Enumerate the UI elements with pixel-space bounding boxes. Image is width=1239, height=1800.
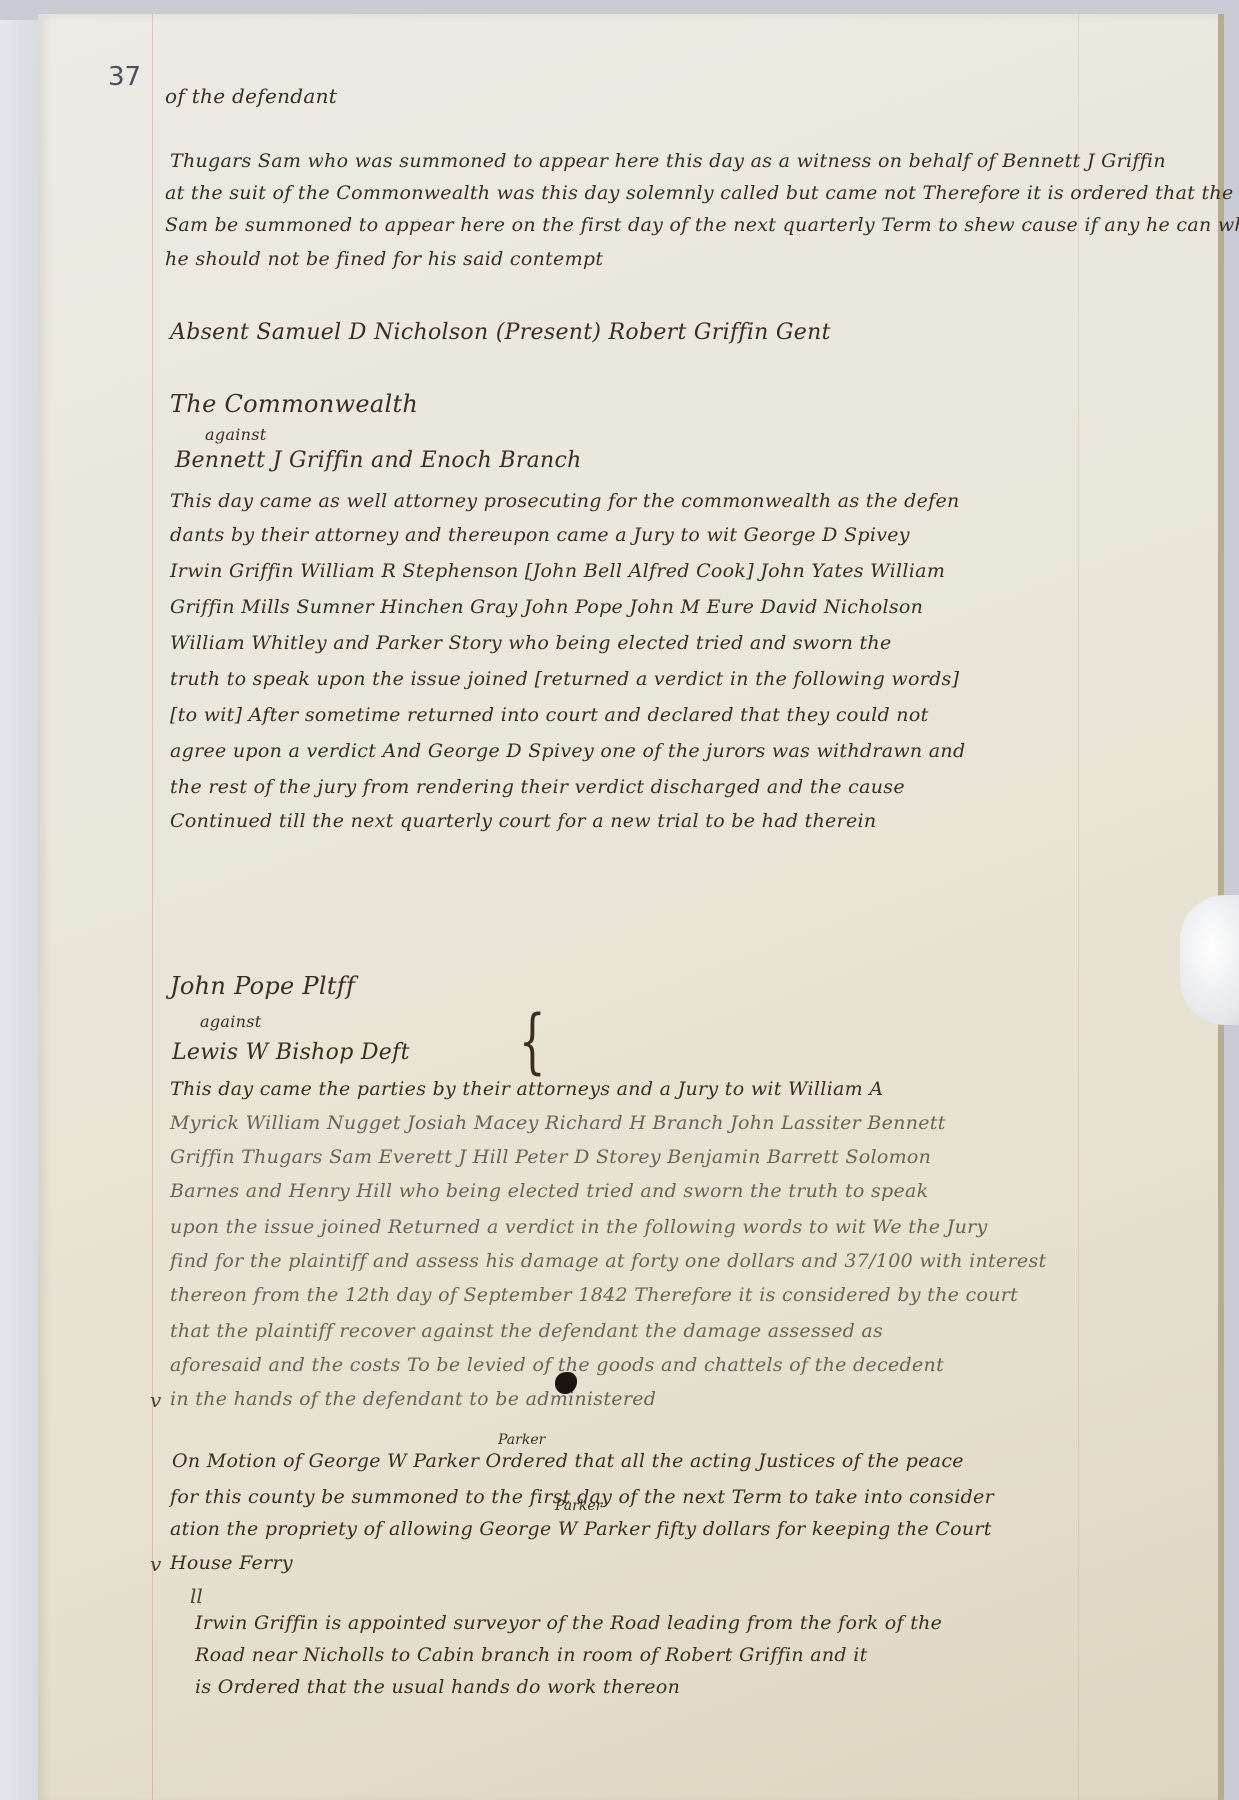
text-line: Road near Nicholls to Cabin branch in ro… <box>195 1644 868 1666</box>
margin-mark: ll <box>190 1584 203 1608</box>
case-title: John Pope Pltff <box>170 972 355 1000</box>
text-line: truth to speak upon the issue joined [re… <box>170 668 959 690</box>
text-line: upon the issue joined Returned a verdict… <box>170 1216 988 1238</box>
text-line: House Ferry <box>170 1552 293 1574</box>
text-line: find for the plaintiff and assess his da… <box>170 1250 1046 1272</box>
text-line: Thugars Sam who was summoned to appear h… <box>170 150 1166 172</box>
text-line: This day came as well attorney prosecuti… <box>170 490 960 512</box>
text-line: dants by their attorney and thereupon ca… <box>170 524 910 546</box>
text-line: at the suit of the Commonwealth was this… <box>165 182 1239 204</box>
text-line: he should not be fined for his said cont… <box>165 248 603 270</box>
text-line: Griffin Thugars Sam Everett J Hill Peter… <box>170 1146 931 1168</box>
case-against: against <box>200 1012 261 1031</box>
margin-check-mark: v <box>150 1388 161 1412</box>
case-defendants: Bennett J Griffin and Enoch Branch <box>175 448 582 473</box>
inserted-word: Parker <box>555 1498 602 1514</box>
text-line: This day came the parties by their attor… <box>170 1078 883 1100</box>
text-line: is Ordered that the usual hands do work … <box>195 1676 680 1698</box>
case-title: The Commonwealth <box>170 390 418 418</box>
margin-rule <box>152 14 153 1800</box>
text-line: Myrick William Nugget Josiah Macey Richa… <box>170 1112 946 1134</box>
text-line: ation the propriety of allowing George W… <box>170 1518 992 1540</box>
text-line: the rest of the jury from rendering thei… <box>170 776 905 798</box>
text-line: Griffin Mills Sumner Hinchen Gray John P… <box>170 596 923 618</box>
text-line: [to wit] After sometime returned into co… <box>170 704 929 726</box>
margin-rule-right <box>1078 14 1079 1800</box>
facing-page-edge <box>0 20 41 1800</box>
case-against: against <box>205 425 266 444</box>
text-line: thereon from the 12th day of September 1… <box>170 1284 1018 1306</box>
page-number: 37 <box>108 62 141 92</box>
text-line: of the defendant <box>165 84 337 108</box>
text-line: Barnes and Henry Hill who being elected … <box>170 1180 929 1202</box>
text-line: agree upon a verdict And George D Spivey… <box>170 740 965 762</box>
absent-note: Absent Samuel D Nicholson (Present) Robe… <box>170 320 831 345</box>
text-line: On Motion of George W Parker Ordered tha… <box>172 1450 964 1472</box>
inserted-word: Parker <box>498 1432 545 1448</box>
text-line: that the plaintiff recover against the d… <box>170 1320 883 1342</box>
text-line: in the hands of the defendant to be admi… <box>170 1388 656 1410</box>
text-line: Irwin Griffin is appointed surveyor of t… <box>195 1612 942 1634</box>
margin-check-mark: v <box>150 1552 161 1576</box>
text-line: aforesaid and the costs To be levied of … <box>170 1354 944 1376</box>
text-line: Continued till the next quarterly court … <box>170 810 876 832</box>
brace-mark: { <box>519 1000 546 1082</box>
text-line: Sam be summoned to appear here on the fi… <box>165 214 1239 236</box>
gloved-finger <box>1180 895 1239 1025</box>
text-line: Irwin Griffin William R Stephenson [John… <box>170 560 945 582</box>
text-line: William Whitley and Parker Story who bei… <box>170 632 892 654</box>
case-defendant: Lewis W Bishop Deft <box>172 1040 410 1065</box>
